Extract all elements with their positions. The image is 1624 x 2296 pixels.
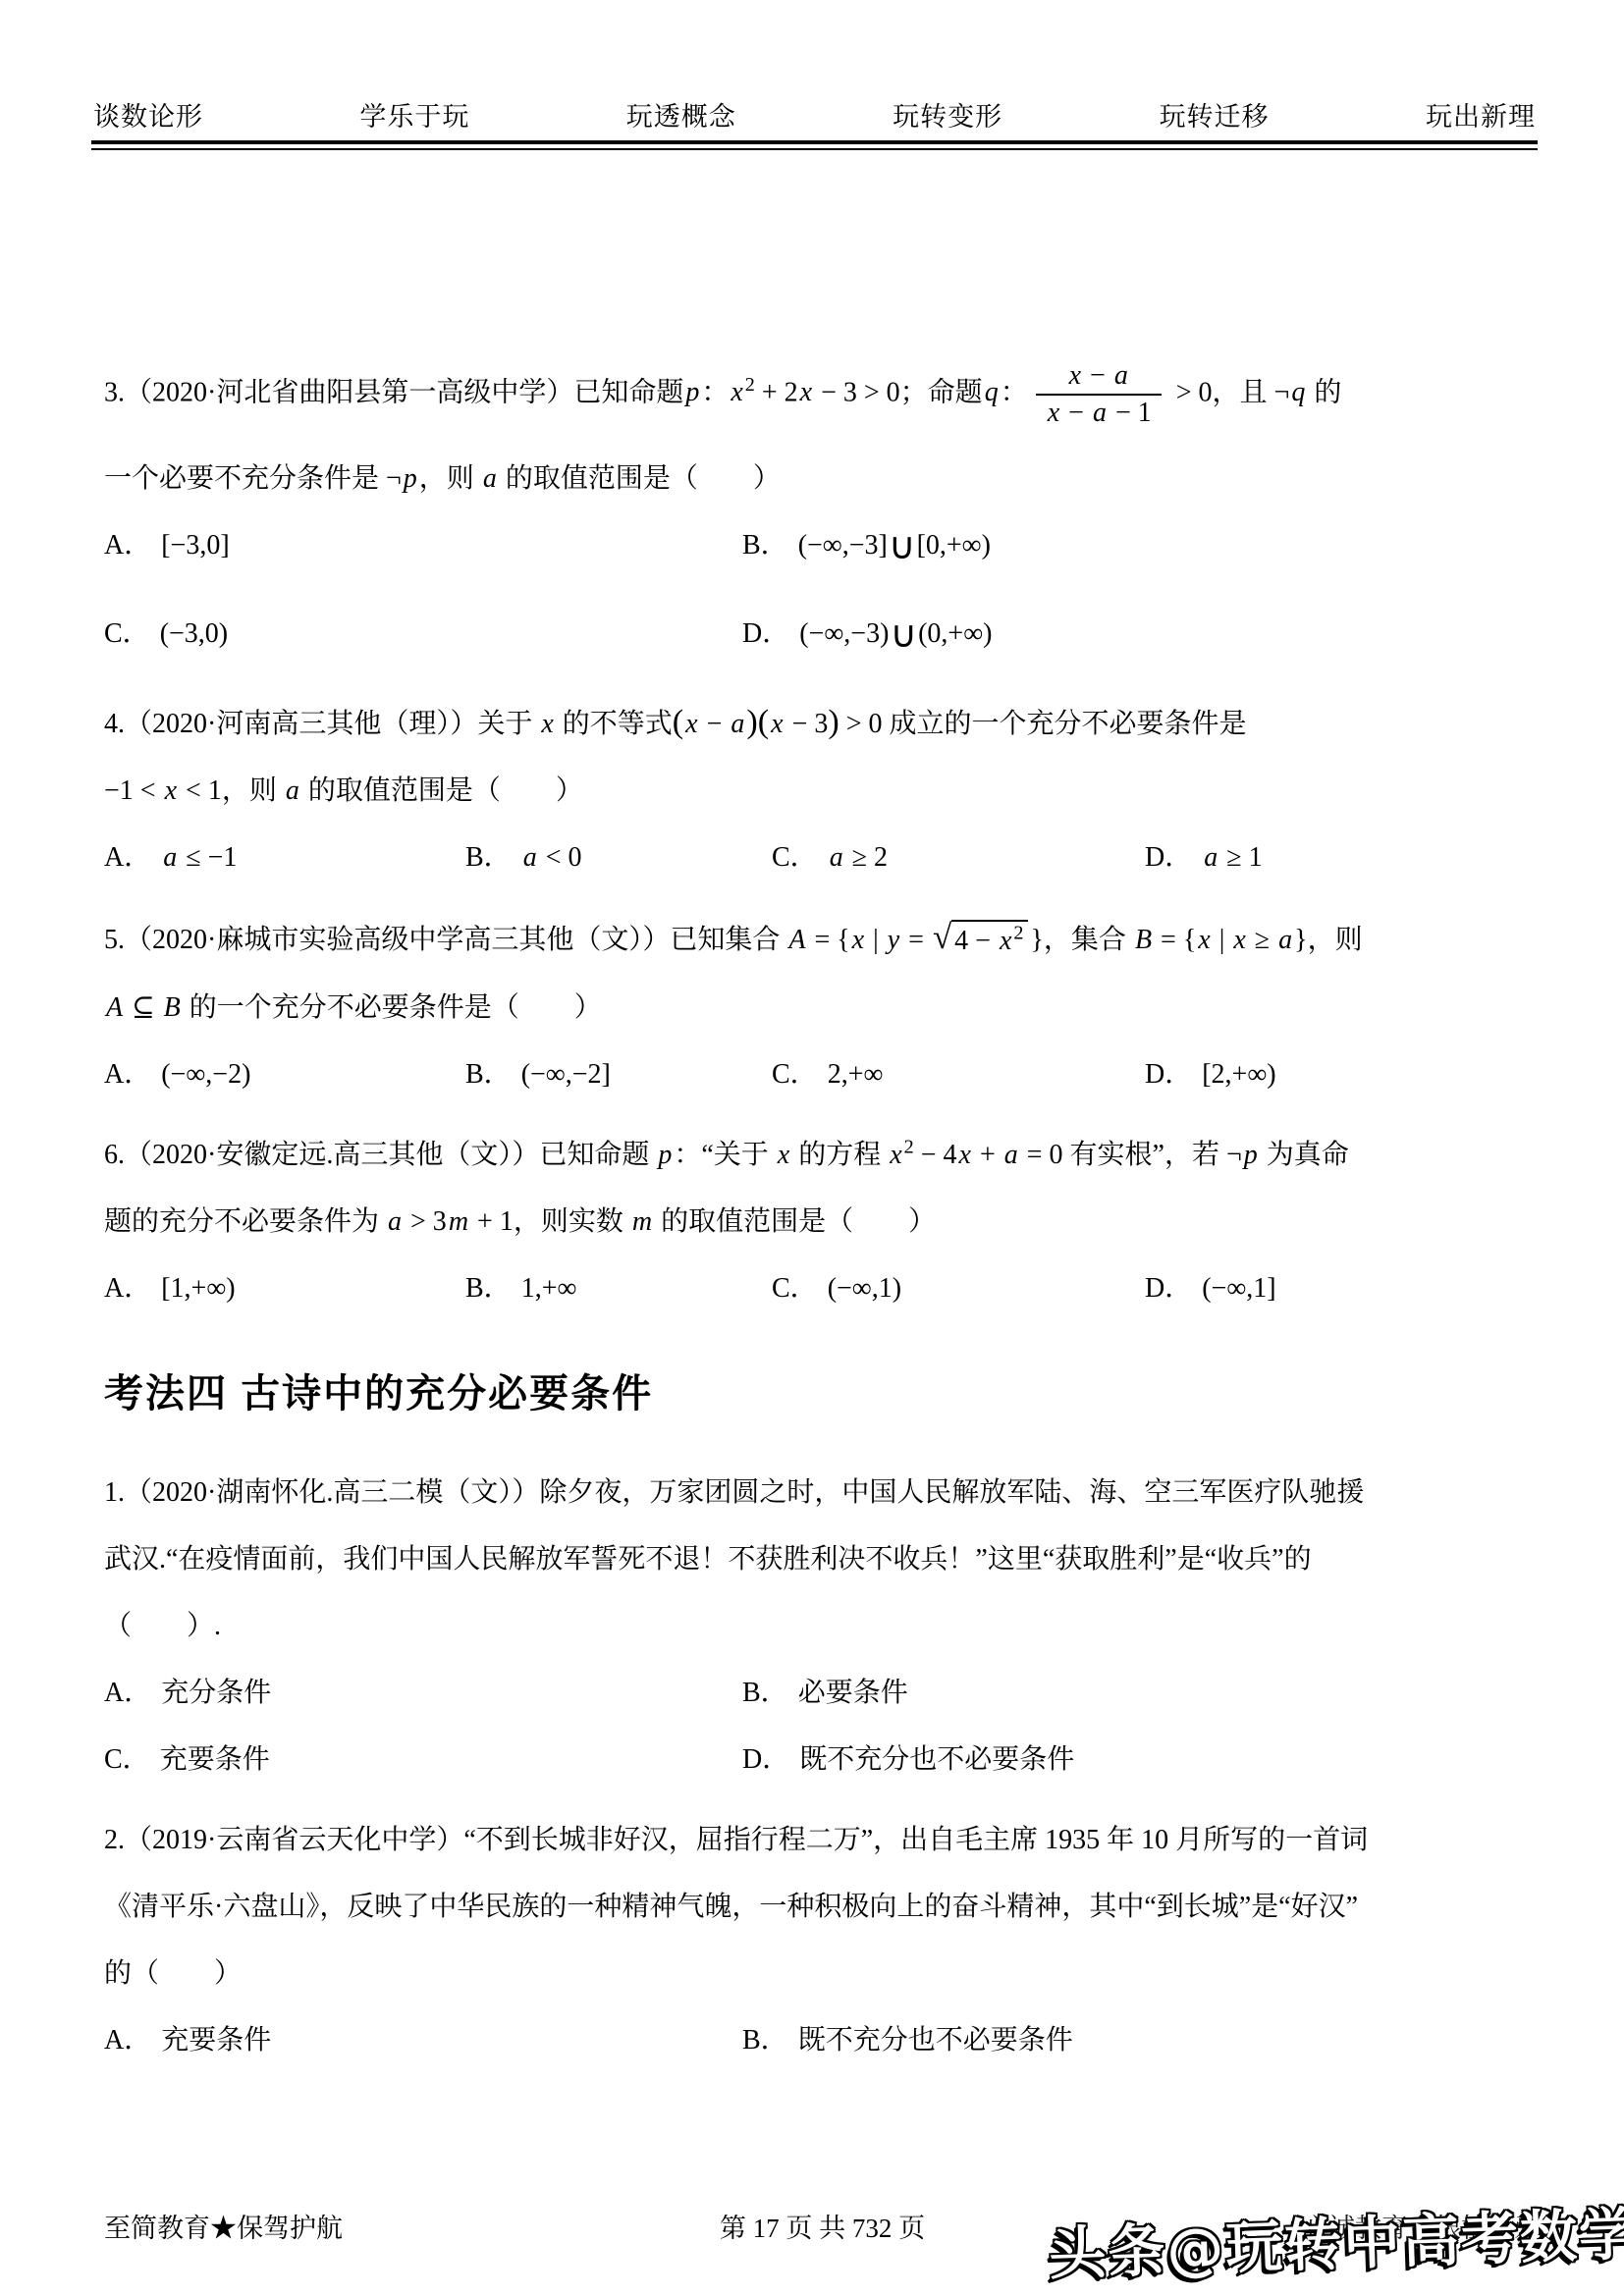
option-label: B． [465,1059,512,1090]
question-line: （ ）. [104,1608,1541,1645]
question-q5: 5.（2020·麻城市实验高级中学高三其他（文））已知集合 A = {x | y… [104,920,1541,1094]
option-A: A．[1,+∞) [104,1270,465,1308]
option-value: a ≤ −1 [161,842,237,873]
header-divider [91,140,1538,150]
option-value: 2,+∞ [828,1059,884,1090]
question-q4: 4.（2020·河南高三其他（理））关于 x 的不等式(x − a)(x − 3… [104,704,1541,877]
math-variable: x [683,709,699,739]
math-variable: a [521,842,539,873]
option-label: A． [104,1059,151,1090]
option-label: C． [772,1059,818,1090]
page-number: 第 17 页 共 732 页 [583,2212,1062,2245]
math-variable: p [656,1140,674,1170]
question-line: A ⊆ B 的一个充分不必要条件是（ ） [104,989,1541,1027]
math-variable: x [957,1140,973,1170]
option-value: 充分条件 [161,1678,271,1708]
questions-section-1: 3.（2020·河北省曲阳县第一高级中学）已知命题p：x2 + 2x − 3 >… [104,358,1541,1308]
option-B: B．(−∞,−3]∪[0,+∞) [742,527,991,564]
math-variable: B [162,992,183,1023]
question-q6: 6.（2020·安徽定远.高三其他（文））已知命题 p：“关于 x 的方程 x2… [104,1137,1541,1308]
option-value: 充要条件 [160,1744,270,1775]
option-value: (−∞,−2) [161,1059,250,1090]
options-row: A．充分条件B．必要条件 [104,1675,1541,1712]
option-C: C．(−∞,1) [772,1270,1145,1308]
math-variable: a [1091,398,1109,428]
question-line: 1.（2020·湖南怀化.高三二模（文））除夕夜，万家团圆之时，中国人民解放军陆… [104,1474,1541,1512]
math-bracket: )( [746,704,769,740]
option-label: A． [104,2025,151,2056]
options-row: A．a ≤ −1B．a < 0C．a ≥ 2D．a ≥ 1 [104,839,1541,877]
option-label: A． [104,530,151,561]
option-D: D．(−∞,1] [1145,1270,1276,1308]
option-value: 既不充分也不必要条件 [799,1744,1074,1775]
math-variable: a [481,463,499,494]
option-label: C． [104,1744,150,1775]
options-row: C．(−3,0)D．(−∞,−3)∪(0,+∞) [104,615,1541,653]
math-variable: a [161,842,179,873]
math-variable: a [386,1206,404,1237]
math-variable: x [888,1140,903,1170]
math-variable: x [1231,925,1247,955]
question-line: 的（ ） [104,1955,1541,1993]
option-value: (−∞,−3]∪[0,+∞) [798,530,991,561]
math-variable: a [1202,842,1219,873]
option-B: B．既不充分也不必要条件 [742,2022,1073,2059]
option-value: (−∞,−3)∪(0,+∞) [799,618,992,649]
section-title: 考法四 古诗中的充分必要条件 [104,1370,1541,1417]
math-superscript: 2 [1013,923,1023,944]
math-variable: m [447,1206,470,1237]
option-value: a ≥ 1 [1202,842,1262,873]
option-label: C． [772,1273,818,1304]
option-value: a < 0 [521,842,582,873]
options-row: A．(−∞,−2)B．(−∞,−2]C．2,+∞D．[2,+∞) [104,1056,1541,1094]
option-B: B．(−∞,−2] [465,1056,772,1094]
option-label: B． [742,2025,788,2056]
header-nav-item: 玩出新理 [1426,100,1536,133]
option-label: A． [104,1273,151,1304]
math-variable: q [1289,377,1307,407]
option-D: D．(−∞,−3)∪(0,+∞) [742,615,993,653]
option-label: B． [465,842,512,873]
union-symbol: ∪ [888,524,917,567]
math-variable: a [729,709,746,739]
options-row: A．[−3,0]B．(−∞,−3]∪[0,+∞) [104,527,1541,564]
math-variable: a [1276,925,1294,955]
header-nav-item: 玩转变形 [893,100,1002,133]
math-bracket: ) [828,704,839,740]
option-D: D．[2,+∞) [1145,1056,1276,1094]
questions-section-2: 1.（2020·湖南怀化.高三二模（文））除夕夜，万家团圆之时，中国人民解放军陆… [104,1474,1541,2059]
option-value: (−3,0) [160,618,228,649]
option-label: C． [772,842,818,873]
math-variable: p [1242,1140,1260,1170]
question-line: 题的充分不必要条件为 a > 3m + 1，则实数 m 的取值范围是（ ） [104,1203,1541,1241]
options-row: A．[1,+∞)B．1,+∞C．(−∞,1)D．(−∞,1] [104,1270,1541,1308]
math-variable: B [1133,925,1154,955]
option-label: D． [742,618,789,649]
question-s4q2: 2.（2019·云南省云天化中学）“不到长城非好汉，屈指行程二万”，出自毛主席 … [104,1822,1541,2059]
footer-left-text: 至简教育★保驾护航 [104,2212,583,2245]
option-A: A．(−∞,−2) [104,1056,465,1094]
math-variable: y [886,925,901,955]
option-A: A．a ≤ −1 [104,839,465,877]
option-value: (−∞,1] [1202,1273,1275,1304]
option-label: B． [465,1273,512,1304]
option-C: C．a ≥ 2 [772,839,1145,877]
option-B: B．a < 0 [465,839,772,877]
math-variable: q [983,377,1001,407]
math-variable: x [776,1140,791,1170]
math-variable: a [1112,360,1130,391]
options-row: C．充要条件D．既不充分也不必要条件 [104,1741,1541,1779]
option-C: C．充要条件 [104,1741,742,1779]
option-label: B． [742,530,788,561]
math-variable: A [104,992,125,1023]
math-superscript: 2 [904,1137,914,1158]
question-line: 3.（2020·河北省曲阳县第一高级中学）已知命题p：x2 + 2x − 3 >… [104,358,1541,431]
question-line: 4.（2020·河南高三其他（理））关于 x 的不等式(x − a)(x − 3… [104,704,1541,743]
option-B: B．必要条件 [742,1675,908,1712]
math-variable: a [828,842,845,873]
math-variable: a [1002,1140,1020,1170]
header-nav-item: 谈数论形 [93,100,203,133]
math-variable: x [1196,925,1212,955]
header-nav-item: 玩透概念 [626,100,736,133]
question-line: 《清平乐·六盘山》，反映了中华民族的一种精神气魄，一种积极向上的奋斗精神，其中“… [104,1889,1541,1926]
question-s4q1: 1.（2020·湖南怀化.高三二模（文））除夕夜，万家团圆之时，中国人民解放军陆… [104,1474,1541,1779]
option-A: A．充要条件 [104,2022,742,2059]
question-line: 一个必要不充分条件是 ¬p，则 a 的取值范围是（ ） [104,460,1541,498]
option-value: 必要条件 [798,1678,908,1708]
math-variable: x [539,709,555,739]
math-variable: A [786,925,807,955]
question-line: −1 < x < 1，则 a 的取值范围是（ ） [104,773,1541,810]
option-label: D． [742,1744,789,1775]
option-label: A． [104,842,151,873]
radical-sign: √ [933,920,951,956]
math-superscript: 2 [745,374,755,396]
header-nav-item: 学乐于玩 [359,100,469,133]
math-variable: p [683,377,701,407]
watermark: 头条@玩转中高考数学 [1048,2188,1624,2291]
option-label: C． [104,618,150,649]
math-variable: x [769,709,785,739]
options-row: A．充要条件B．既不充分也不必要条件 [104,2022,1541,2059]
union-symbol: ∪ [889,613,918,656]
question-q3: 3.（2020·河北省曲阳县第一高级中学）已知命题p：x2 + 2x − 3 >… [104,358,1541,653]
option-label: D． [1145,1273,1192,1304]
option-C: C．(−3,0) [104,615,742,653]
math-variable: x [850,925,866,955]
fraction-denominator: x − a − 1 [1036,394,1162,431]
math-variable: x [729,377,744,407]
fraction-numerator: x − a [1036,358,1162,394]
math-variable: x [998,926,1013,956]
math-bracket: ( [673,704,683,740]
math-sqrt: √4 − x2 [933,920,1029,960]
option-A: A．[−3,0] [104,527,742,564]
question-line: 6.（2020·安徽定远.高三其他（文））已知命题 p：“关于 x 的方程 x2… [104,1137,1541,1174]
option-value: [1,+∞) [161,1273,235,1304]
option-value: [2,+∞) [1202,1059,1275,1090]
option-label: A． [104,1678,151,1708]
option-A: A．充分条件 [104,1675,742,1712]
math-variable: p [402,463,419,494]
option-value: (−∞,−2] [521,1059,611,1090]
option-value: 充要条件 [161,2025,271,2056]
math-variable: m [630,1206,654,1237]
option-value: a ≥ 2 [828,842,888,873]
option-B: B．1,+∞ [465,1270,772,1308]
document-page: 谈数论形 学乐于玩 玩透概念 玩转变形 玩转迁移 玩出新理 3.（2020·河北… [0,0,1624,2296]
math-variable: a [284,775,301,806]
question-line: 2.（2019·云南省云天化中学）“不到长城非好汉，屈指行程二万”，出自毛主席 … [104,1822,1541,1859]
option-D: D．既不充分也不必要条件 [742,1741,1074,1779]
math-variable: x [798,377,814,407]
radical-body: 4 − x2 [951,920,1028,960]
option-label: D． [1145,1059,1192,1090]
header-nav: 谈数论形 学乐于玩 玩透概念 玩转变形 玩转迁移 玩出新理 [93,100,1536,133]
header-nav-item: 玩转迁移 [1160,100,1270,133]
math-variable: x [1046,398,1061,428]
option-label: B． [742,1678,788,1708]
content: 3.（2020·河北省曲阳县第一高级中学）已知命题p：x2 + 2x − 3 >… [104,358,1541,2059]
option-D: D．a ≥ 1 [1145,839,1263,877]
math-fraction: x − ax − a − 1 [1036,358,1162,431]
math-variable: x [163,775,179,806]
option-value: 1,+∞ [521,1273,577,1304]
question-line: 5.（2020·麻城市实验高级中学高三其他（文））已知集合 A = {x | y… [104,920,1541,960]
question-line: 武汉.“在疫情面前，我们中国人民解放军誓死不退！不获胜利决不收兵！”这里“获取胜… [104,1541,1541,1578]
option-value: [−3,0] [161,530,229,561]
option-value: (−∞,1) [828,1273,901,1304]
option-C: C．2,+∞ [772,1056,1145,1094]
option-value: 既不充分也不必要条件 [798,2025,1073,2056]
option-label: D． [1145,842,1192,873]
math-variable: x [1067,360,1083,391]
